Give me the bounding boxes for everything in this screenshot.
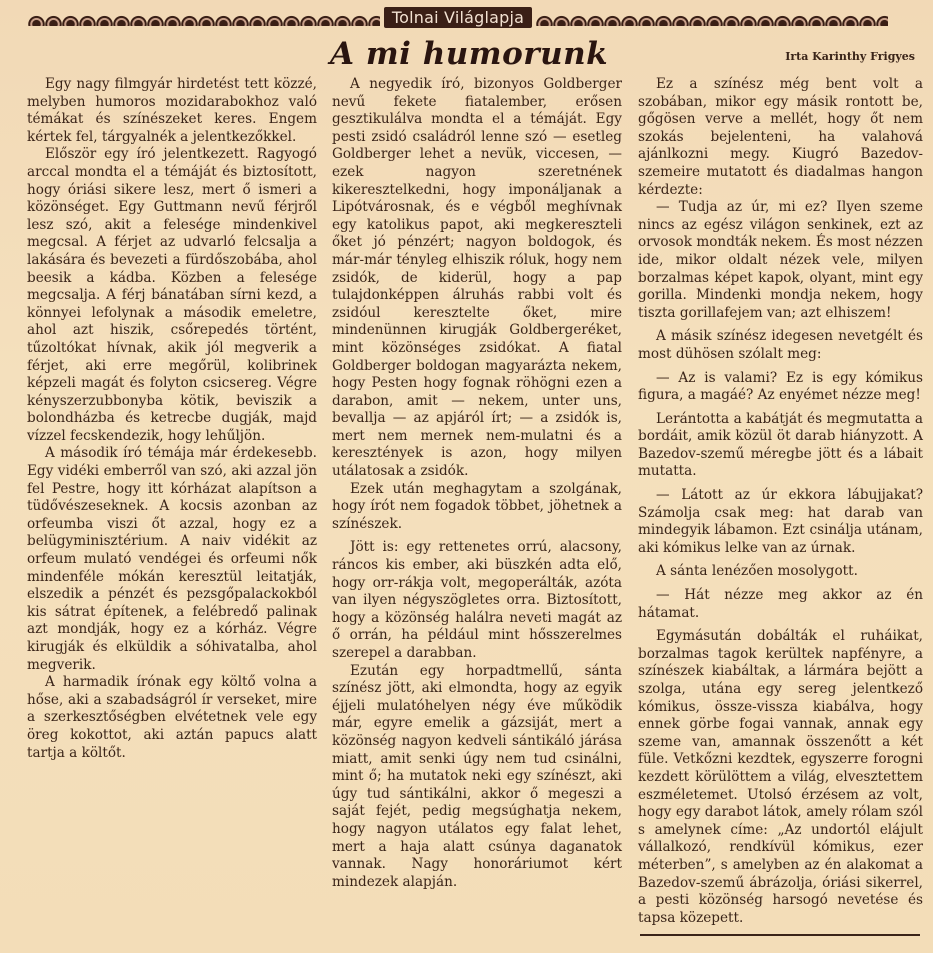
paragraph: — Az is valami? Ez is egy kómikus figura…	[638, 370, 923, 405]
ornament-border-left	[28, 8, 380, 26]
paragraph: A negyedik író, bizonyos Goldberger nevű…	[332, 76, 622, 481]
article-byline: Irta Karinthy Frigyes	[785, 50, 915, 63]
newspaper-page: Tolnai Világlapja A mi humorunk Irta Kar…	[0, 0, 933, 953]
article-title: A mi humorunk	[330, 36, 608, 72]
article-column-3: Ez a színész még bent volt a szobában, m…	[638, 76, 923, 927]
article-column-1: Egy nagy filmgyár hirdetést tett közzé, …	[27, 76, 317, 762]
paragraph: Lerántotta a kabátját és megmutatta a bo…	[638, 411, 923, 481]
paragraph: Ez a színész még bent volt a szobában, m…	[638, 76, 923, 199]
paragraph: — Látott az úr ekkora lábujjakat? Számol…	[638, 487, 923, 557]
paragraph: Ezután egy horpadtmellű, sánta színész j…	[332, 663, 622, 892]
paragraph: — Tudja az úr, mi ez? Ilyen szeme nincs …	[638, 199, 923, 322]
paragraph: Egy nagy filmgyár hirdetést tett közzé, …	[27, 76, 317, 146]
ornament-border-right	[536, 8, 888, 26]
paragraph: Ezek után meghagytam a szolgának, hogy í…	[332, 481, 622, 534]
paragraph: A harmadik írónak egy költő volna a hőse…	[27, 674, 317, 762]
paragraph: Egymásután dobálták el ruháikat, borzalm…	[638, 628, 923, 927]
masthead-title: Tolnai Világlapja	[384, 7, 532, 28]
paragraph: A második író témája már érdekesebb. Egy…	[27, 445, 317, 674]
masthead: Tolnai Világlapja	[28, 6, 888, 28]
end-rule-divider	[640, 934, 920, 936]
paragraph: A másik színész idegesen nevetgélt és mo…	[638, 328, 923, 363]
article-column-2: A negyedik író, bizonyos Goldberger nevű…	[332, 76, 622, 891]
paragraph: A sánta lenézően mosolygott.	[638, 563, 923, 581]
paragraph: — Hát nézze meg akkor az én hátamat.	[638, 587, 923, 622]
paragraph: Először egy író jelentkezett. Ragyogó ar…	[27, 146, 317, 445]
paragraph: Jött is: egy rettenetes orrú, alacsony, …	[332, 539, 622, 662]
